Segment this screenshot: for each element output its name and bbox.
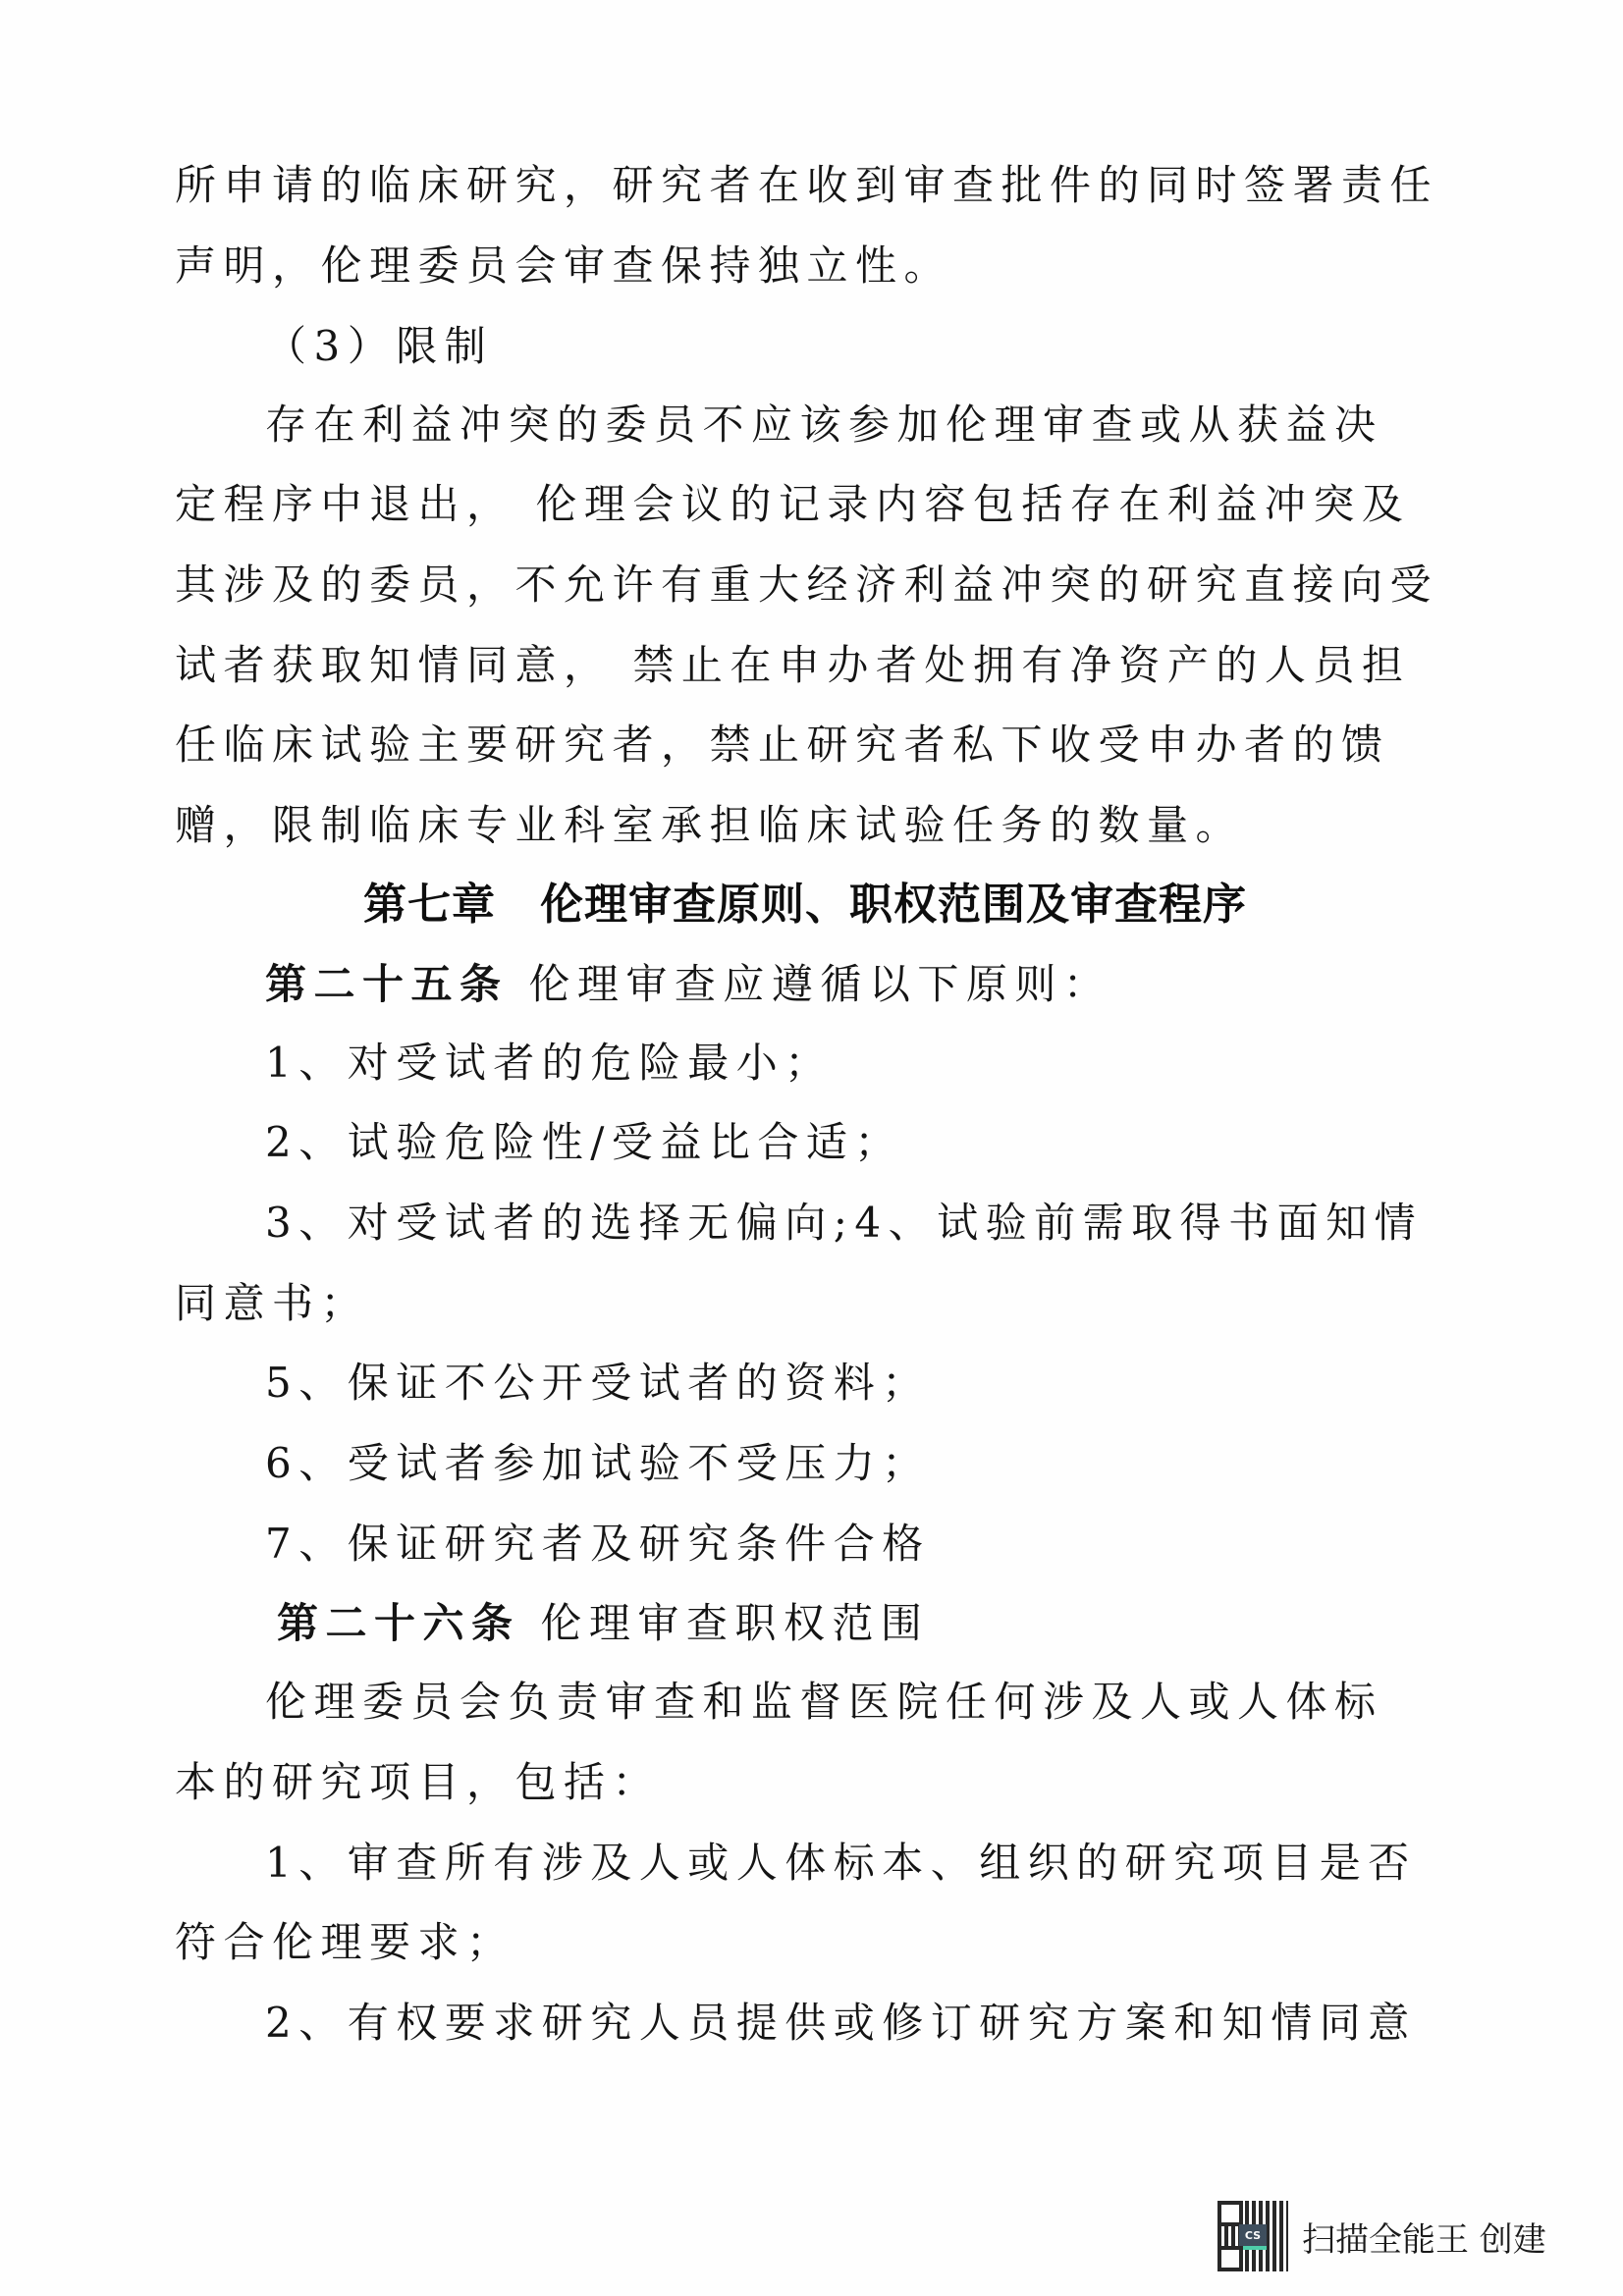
text-line: （3）限制 bbox=[265, 326, 493, 367]
text-line: 伦理委员会负责审查和监督医院任何涉及人或人体标 bbox=[265, 1682, 1383, 1723]
text-line: 任临床试验主要研究者，禁止研究者私下收受申办者的馈 bbox=[175, 724, 1390, 766]
chapter-title: 第七章 伦理审查原则、职权范围及审查程序 bbox=[363, 883, 1247, 927]
text-line: 存在利益冲突的委员不应该参加伦理审查或从获益决 bbox=[265, 404, 1383, 446]
text-line: 所申请的临床研究，研究者在收到审查批件的同时签署责任 bbox=[175, 165, 1438, 206]
list-item: 2、试验危险性/受益比合适； bbox=[265, 1122, 903, 1163]
article-26-label: 第二十六条 bbox=[277, 1599, 520, 1647]
text-line: 2、有权要求研究人员提供或修订研究方案和知情同意 bbox=[265, 2002, 1417, 2044]
text-line: 1、审查所有涉及人或人体标本、组织的研究项目是否 bbox=[265, 1842, 1417, 1884]
scanner-watermark: CS 扫描全能王 创建 bbox=[1217, 2201, 1546, 2271]
scanned-document-page: 所申请的临床研究，研究者在收到审查批件的同时签署责任声明，伦理委员会审查保持独立… bbox=[0, 0, 1623, 2296]
camscanner-logo-icon: CS bbox=[1239, 2224, 1267, 2250]
list-item: 5、保证不公开受试者的资料； bbox=[265, 1362, 931, 1404]
article-25-text: 伦理审查应遵循以下原则： bbox=[509, 960, 1112, 1008]
text-line: 其涉及的委员，不允许有重大经济利益冲突的研究直接向受 bbox=[175, 564, 1438, 606]
text-line: 赠，限制临床专业科室承担临床试验任务的数量。 bbox=[175, 805, 1244, 846]
article-26-text: 伦理审查职权范围 bbox=[520, 1599, 930, 1647]
text-line: 试者获取知情同意， 禁止在申办者处拥有净资产的人员担 bbox=[175, 645, 1410, 686]
text-line: 定程序中退出， 伦理会议的记录内容包括存在利益冲突及 bbox=[175, 484, 1410, 525]
list-item: 1、对受试者的危险最小； bbox=[265, 1042, 834, 1084]
article-26-heading: 第二十六条 伦理审查职权范围 bbox=[277, 1603, 929, 1644]
list-item: 6、受试者参加试验不受压力； bbox=[265, 1443, 931, 1484]
text-line: 符合伦理要求； bbox=[175, 1922, 515, 1963]
text-line: 声明，伦理委员会审查保持独立性。 bbox=[175, 245, 952, 287]
text-line: 本的研究项目，包括： bbox=[175, 1762, 661, 1803]
list-item: 7、保证研究者及研究条件合格 bbox=[265, 1523, 931, 1565]
article-25-label: 第二十五条 bbox=[265, 960, 509, 1008]
list-item: 3、对受试者的选择无偏向;4、试验前需取得书面知情 bbox=[265, 1202, 1423, 1244]
article-25-heading: 第二十五条 伦理审查应遵循以下原则： bbox=[265, 964, 1111, 1005]
qr-code-icon: CS bbox=[1217, 2201, 1288, 2271]
list-item: 同意书； bbox=[175, 1283, 369, 1324]
watermark-text: 扫描全能王 创建 bbox=[1302, 2213, 1546, 2261]
